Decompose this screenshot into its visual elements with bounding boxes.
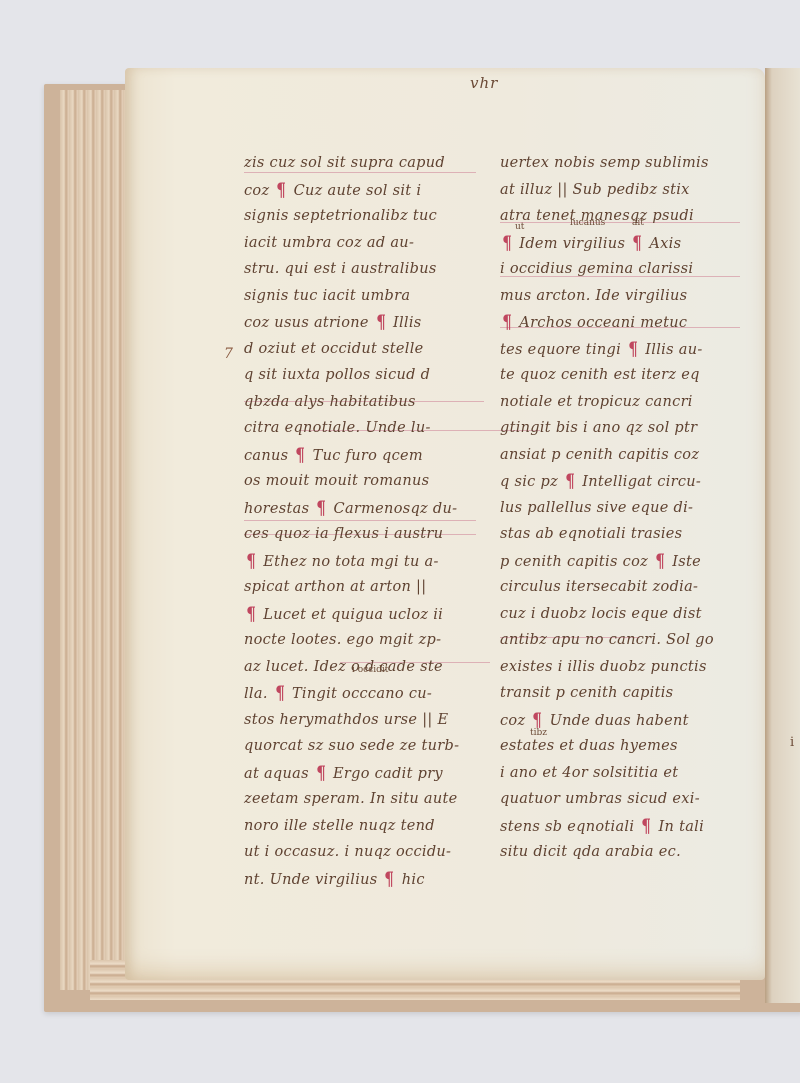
text-line: ¶ Lucet et quigua ucloz ii — [244, 601, 476, 628]
text-line: citra eqnotiale. Unde lu- — [244, 415, 476, 442]
text-line: nocte lootes. ego mgit zp- — [244, 627, 476, 654]
paragraph-mark-icon: ¶ — [277, 177, 287, 203]
text-line: lla. ¶ Tingit occcano cu- — [244, 680, 476, 707]
marginal-note: 7 — [224, 346, 233, 362]
text-line: stos herymathdos urse || E — [244, 707, 476, 734]
paragraph-mark-icon: ¶ — [296, 442, 306, 468]
facing-leaf-right — [765, 68, 800, 1003]
interlinear-gloss: tibz — [530, 728, 547, 738]
text-line: te quoz cenith est iterz eq — [500, 362, 740, 389]
text-line: zis cuz sol sit supra capud — [244, 150, 476, 177]
text-line: transit p cenith capitis — [500, 680, 740, 707]
text-line: iacit umbra coz ad au- — [244, 230, 476, 257]
text-line: notiale et tropicuz cancri — [500, 389, 740, 416]
text-line: stens sb eqnotiali ¶ In tali — [500, 813, 740, 840]
text-line: stas ab eqnotiali trasies — [500, 521, 740, 548]
paragraph-mark-icon: ¶ — [316, 495, 326, 521]
text-line: horestas ¶ Carmenosqz du- — [244, 495, 476, 522]
text-line: circulus itersecabit zodia- — [500, 574, 740, 601]
text-line: coz ¶ Cuz aute sol sit i — [244, 177, 476, 204]
text-line: os mouit mouit romanus — [244, 468, 476, 495]
text-line: uertex nobis semp sublimis — [500, 150, 740, 177]
text-line: existes i illis duobz punctis — [500, 654, 740, 681]
paragraph-mark-icon: ¶ — [655, 548, 665, 574]
paragraph-mark-icon: ¶ — [385, 866, 395, 892]
paragraph-mark-icon: ¶ — [502, 230, 512, 256]
text-column-left: zis cuz sol sit supra capud coz ¶ Cuz au… — [244, 150, 476, 892]
text-line: spicat arthon at arton || — [244, 574, 476, 601]
interlinear-gloss: lucanus — [570, 218, 605, 228]
paragraph-mark-icon: ¶ — [246, 548, 256, 574]
text-line: nt. Unde virgilius ¶ hic — [244, 866, 476, 893]
text-line: i ano et 4or solsititia et — [500, 760, 740, 787]
paragraph-mark-icon: ¶ — [275, 680, 285, 706]
text-line: ansiat p cenith capitis coz — [500, 442, 740, 469]
text-line: ces quoz ia flexus i austru — [244, 521, 476, 548]
paragraph-mark-icon: ¶ — [632, 230, 642, 256]
interlinear-gloss: i occidit — [352, 665, 388, 675]
text-line: signis tuc iacit umbra — [244, 283, 476, 310]
text-line: signis septetrionalibz tuc — [244, 203, 476, 230]
text-line: qbzda alys habitatibus — [244, 389, 476, 416]
facing-page-fragment: i — [790, 735, 794, 750]
text-line: ¶ Ethez no tota mgi tu a- — [244, 548, 476, 575]
text-line: ¶ Idem virgilius ¶ Axis — [500, 230, 740, 257]
text-line: gtingit bis i ano qz sol ptr — [500, 415, 740, 442]
text-line: i occidius gemina clarissi — [500, 256, 740, 283]
paragraph-mark-icon: ¶ — [641, 813, 651, 839]
text-line: q sit iuxta pollos sicud d — [244, 362, 476, 389]
interlinear-gloss: ut — [515, 222, 524, 232]
text-line: antibz apu no cancri. Sol go — [500, 627, 740, 654]
text-line: zeetam speram. In situ aute — [244, 786, 476, 813]
text-column-right: uertex nobis semp sublimis at illuz || S… — [500, 150, 740, 866]
text-line: p cenith capitis coz ¶ Iste — [500, 548, 740, 575]
text-line: canus ¶ Tuc furo qcem — [244, 442, 476, 469]
paragraph-mark-icon: ¶ — [565, 468, 575, 494]
text-line: q sic pz ¶ Intelligat circu- — [500, 468, 740, 495]
text-line: noro ille stelle nuqz tend — [244, 813, 476, 840]
paragraph-mark-icon: ¶ — [376, 309, 386, 335]
text-line: quorcat sz suo sede ze turb- — [244, 733, 476, 760]
text-line: quatuor umbras sicud exi- — [500, 786, 740, 813]
interlinear-gloss: ait — [632, 218, 644, 228]
text-line: tes equore tingi ¶ Illis au- — [500, 336, 740, 363]
text-line: coz usus atrione ¶ Illis — [244, 309, 476, 336]
paragraph-mark-icon: ¶ — [502, 309, 512, 335]
text-line: at illuz || Sub pedibz stix — [500, 177, 740, 204]
text-line: ¶ Archos occeani metuc — [500, 309, 740, 336]
text-line: lus pallellus sive eque di- — [500, 495, 740, 522]
text-line: cuz i duobz locis eque dist — [500, 601, 740, 628]
text-line: ut i occasuz. i nuqz occidu- — [244, 839, 476, 866]
text-line: mus arcton. Ide virgilius — [500, 283, 740, 310]
text-line: at aquas ¶ Ergo cadit pry — [244, 760, 476, 787]
text-line: situ dicit qda arabia ec. — [500, 839, 740, 866]
paragraph-mark-icon: ¶ — [628, 336, 638, 362]
text-line: stru. qui est i australibus — [244, 256, 476, 283]
text-line: d oziut et occidut stelle — [244, 336, 476, 363]
paragraph-mark-icon: ¶ — [316, 760, 326, 786]
folio-number: vhr — [470, 74, 498, 92]
text-line: atra tenet manesqz psudi — [500, 203, 740, 230]
paragraph-mark-icon: ¶ — [246, 601, 256, 627]
